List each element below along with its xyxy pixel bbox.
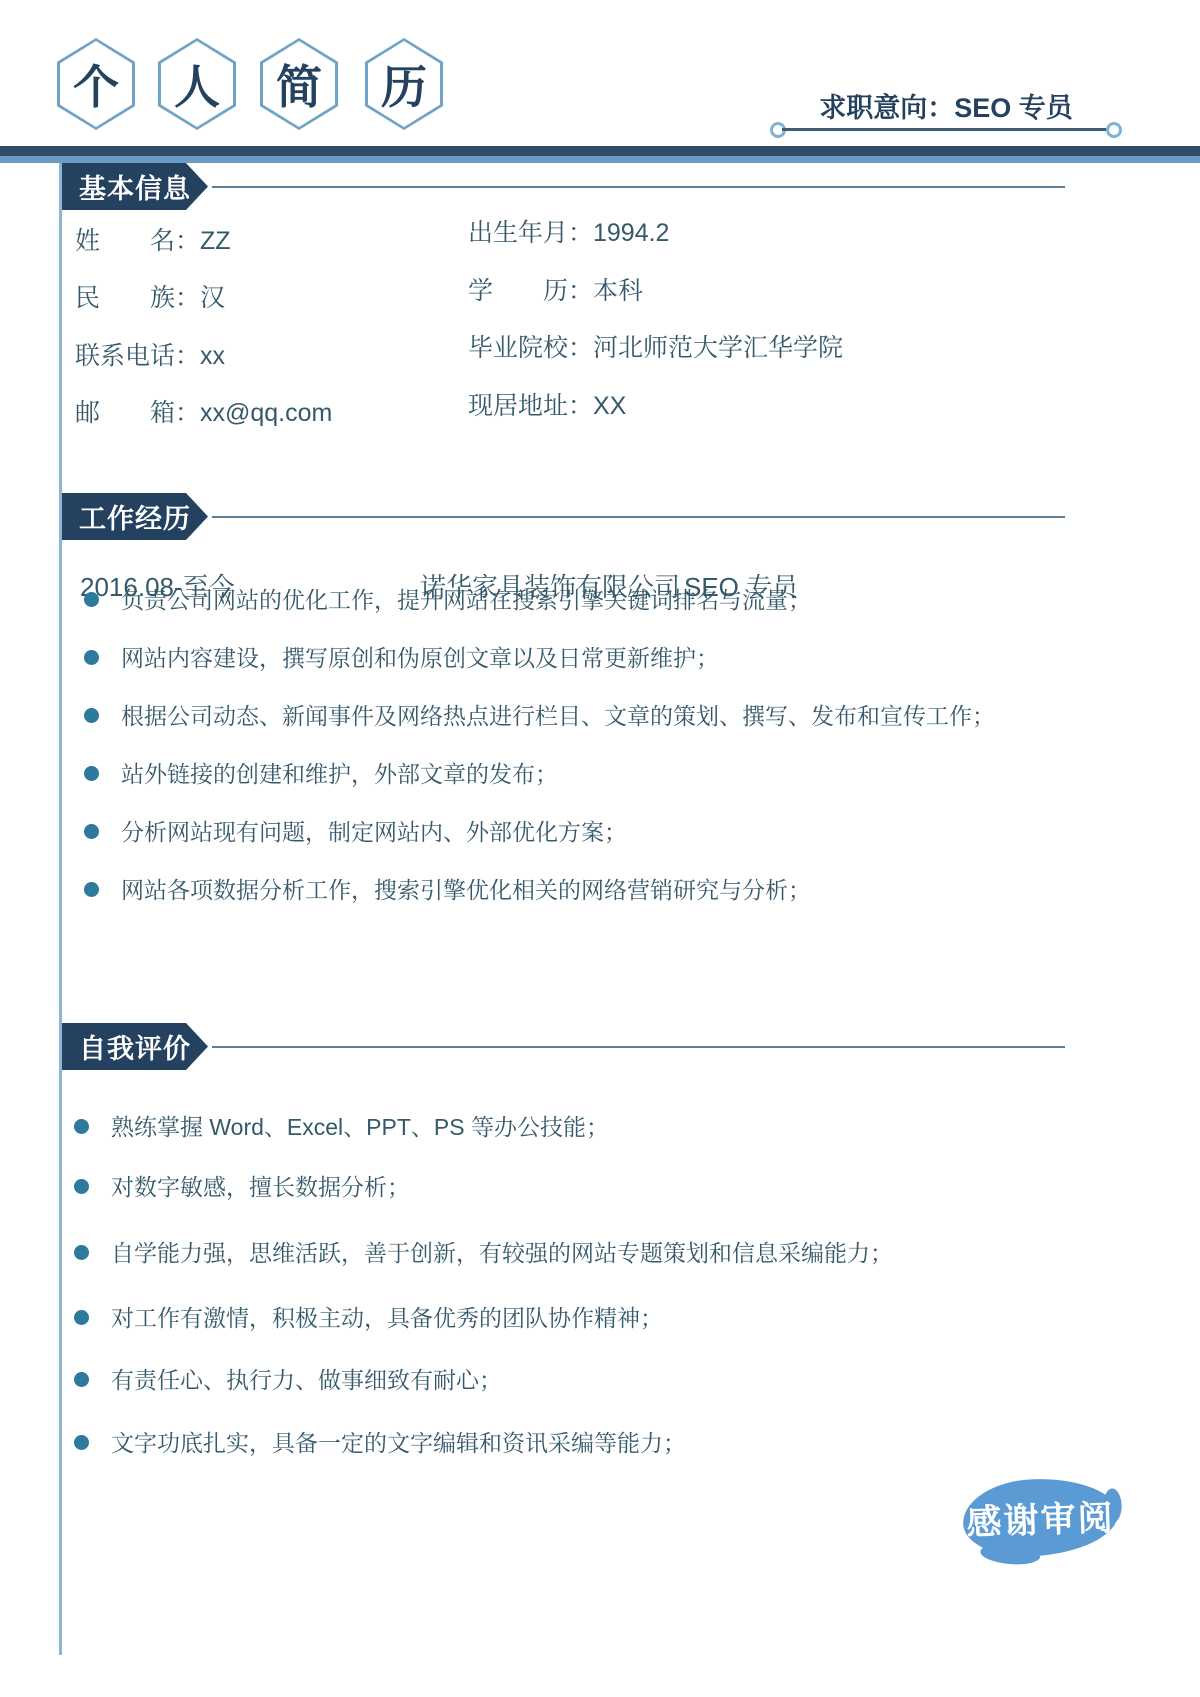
bullet-dot-icon	[84, 592, 99, 607]
self-eval-bullet-text: 熟练掌握 Word、Excel、PPT、PS 等办公技能；	[111, 1112, 609, 1142]
bullet-dot-icon	[84, 824, 99, 839]
hexagon-char: 个	[57, 38, 135, 130]
stamp-text: 感谢审阅	[966, 1490, 1116, 1545]
field-school: 毕业院校：河北师范大学汇华学院	[468, 328, 843, 364]
work-bullet: 分析网站现有问题，制定网站内、外部优化方案；	[84, 817, 1074, 847]
field-phone: 联系电话：xx	[75, 336, 225, 372]
work-bullet: 站外链接的创建和维护，外部文章的发布；	[84, 759, 1074, 789]
work-bullet-text: 分析网站现有问题，制定网站内、外部优化方案；	[121, 817, 627, 847]
bullet-dot-icon	[84, 766, 99, 781]
work-bullet: 根据公司动态、新闻事件及网络热点进行栏目、文章的策划、撰写、发布和宣传工作；	[84, 701, 1074, 731]
section-rule	[212, 1046, 1065, 1048]
work-bullet-text: 根据公司动态、新闻事件及网络热点进行栏目、文章的策划、撰写、发布和宣传工作；	[121, 701, 995, 731]
work-bullet-text: 网站内容建设，撰写原创和伪原创文章以及日常更新维护；	[121, 643, 719, 673]
header-bar-light	[0, 156, 1200, 163]
header-bar-dark	[0, 146, 1200, 156]
work-bullet: 网站内容建设，撰写原创和伪原创文章以及日常更新维护；	[84, 643, 1074, 673]
circle-end-icon	[1106, 122, 1122, 138]
work-bullet-text: 负责公司网站的优化工作，提升网站在搜索引擎关键词排名与流量；	[121, 585, 811, 615]
work-bullet-text: 网站各项数据分析工作，搜索引擎优化相关的网络营销研究与分析；	[121, 875, 811, 905]
section-rule	[212, 186, 1065, 188]
thank-you-stamp: 感谢审阅	[962, 1476, 1120, 1558]
bullet-dot-icon	[74, 1119, 89, 1134]
bullet-dot-icon	[84, 708, 99, 723]
bullet-dot-icon	[74, 1310, 89, 1325]
job-intent-text: 求职意向：SEO 专员	[770, 86, 1122, 125]
self-eval-bullet-text: 对数字敏感，擅长数据分析；	[111, 1172, 410, 1202]
self-eval-bullet: 有责任心、执行力、做事细致有耐心；	[74, 1365, 1064, 1395]
hexagon-char: 简	[260, 38, 338, 130]
hexagon-badge-2: 人	[158, 38, 236, 130]
field-education: 学 历：本科	[468, 271, 643, 307]
hexagon-char: 人	[158, 38, 236, 130]
hexagon-badge-4: 历	[365, 38, 443, 130]
hexagon-badge-1: 个	[57, 38, 135, 130]
self-eval-bullet: 文字功底扎实，具备一定的文字编辑和资讯采编等能力；	[74, 1428, 1064, 1458]
field-name: 姓 名：ZZ	[75, 221, 231, 257]
resume-page: 个 人 简 历 求职意向：SEO 专员 基本信息 姓 名：ZZ 民 族：汉 联系…	[0, 0, 1200, 1697]
underline-rule	[782, 128, 1110, 131]
field-ethnicity: 民 族：汉	[75, 278, 225, 314]
self-eval-bullet: 对数字敏感，擅长数据分析；	[74, 1172, 1064, 1202]
bullet-dot-icon	[84, 882, 99, 897]
work-bullet: 网站各项数据分析工作，搜索引擎优化相关的网络营销研究与分析；	[84, 875, 1074, 905]
hexagon-badge-3: 简	[260, 38, 338, 130]
section-header-basic-info: 基本信息	[62, 163, 208, 210]
left-accent-line	[59, 163, 62, 1655]
self-eval-bullet-text: 文字功底扎实，具备一定的文字编辑和资讯采编等能力；	[111, 1428, 686, 1458]
bullet-dot-icon	[84, 650, 99, 665]
self-eval-bullet-text: 自学能力强，思维活跃，善于创新，有较强的网站专题策划和信息采编能力；	[111, 1238, 893, 1268]
self-eval-bullet: 熟练掌握 Word、Excel、PPT、PS 等办公技能；	[74, 1112, 1064, 1142]
bullet-dot-icon	[74, 1245, 89, 1260]
bullet-dot-icon	[74, 1372, 89, 1387]
section-header-work: 工作经历	[62, 493, 208, 540]
field-birth: 出生年月：1994.2	[468, 213, 669, 249]
self-eval-bullet: 对工作有激情，积极主动，具备优秀的团队协作精神；	[74, 1303, 1064, 1333]
job-intent-underline	[770, 122, 1122, 138]
hexagon-char: 历	[365, 38, 443, 130]
section-rule	[212, 516, 1065, 518]
section-header-self-eval: 自我评价	[62, 1023, 208, 1070]
field-address: 现居地址：XX	[468, 386, 626, 422]
self-eval-bullet-text: 对工作有激情，积极主动，具备优秀的团队协作精神；	[111, 1303, 663, 1333]
work-bullet-text: 站外链接的创建和维护，外部文章的发布；	[121, 759, 558, 789]
self-eval-bullet: 自学能力强，思维活跃，善于创新，有较强的网站专题策划和信息采编能力；	[74, 1238, 1064, 1268]
field-email: 邮 箱：xx@qq.com	[75, 393, 332, 429]
self-eval-bullet-text: 有责任心、执行力、做事细致有耐心；	[111, 1365, 502, 1395]
work-bullet: 负责公司网站的优化工作，提升网站在搜索引擎关键词排名与流量；	[84, 585, 1074, 615]
bullet-dot-icon	[74, 1435, 89, 1450]
bullet-dot-icon	[74, 1179, 89, 1194]
